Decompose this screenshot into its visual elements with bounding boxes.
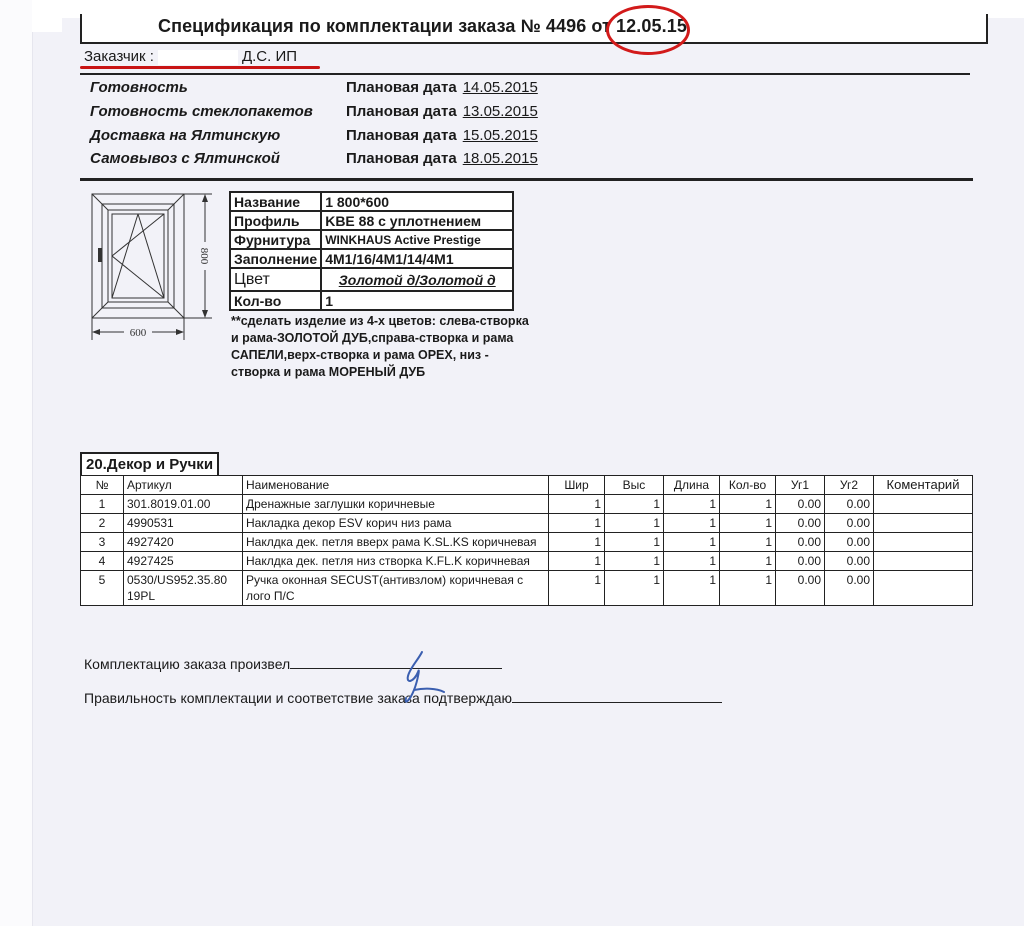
product-spec-table: Название1 800*600 ПрофильKBE 88 с уплотн… <box>229 191 514 311</box>
svg-text:600: 600 <box>130 327 147 339</box>
scan-corner <box>32 0 62 32</box>
schedule-row: Готовность стеклопакетовПлановая дата13.… <box>90 103 538 120</box>
product-note: **сделать изделие из 4-х цветов: слева-с… <box>231 313 531 381</box>
planned-date: 15.05.2015 <box>463 127 538 144</box>
spec-row: Название1 800*600 <box>230 192 513 211</box>
customer-line: Заказчик :Д.С. ИП <box>84 48 297 65</box>
divider <box>80 73 970 75</box>
table-row: 2 4990531 Накладка декор ESV корич низ р… <box>81 514 973 533</box>
customer-underline <box>80 66 320 69</box>
spec-row: ЦветЗолотой д/Золотой д <box>230 268 513 291</box>
svg-text:800: 800 <box>198 248 210 265</box>
planned-date: 14.05.2015 <box>463 79 538 96</box>
customer-name: Д.С. ИП <box>242 48 297 65</box>
planned-date: 18.05.2015 <box>463 150 538 167</box>
items-table: № Артикул Наименование Шир Выс Длина Кол… <box>80 475 973 606</box>
signature-field <box>512 688 722 703</box>
handwritten-signature-icon <box>380 650 460 710</box>
table-header: № Артикул Наименование Шир Выс Длина Кол… <box>81 476 973 495</box>
schedule-row: ГотовностьПлановая дата14.05.2015 <box>90 79 538 96</box>
scan-edge-left <box>0 0 33 926</box>
schedule-row: Доставка на ЯлтинскуюПлановая дата15.05.… <box>90 127 538 144</box>
spec-row: ФурнитураWINKHAUS Active Prestige <box>230 230 513 249</box>
window-drawing-icon: 600 800 <box>88 190 223 350</box>
section-title: 20.Декор и Ручки <box>80 452 219 476</box>
planned-date: 13.05.2015 <box>463 103 538 120</box>
redacted-name <box>158 50 238 65</box>
divider <box>80 178 973 181</box>
table-row: 1 301.8019.01.00 Дренажные заглушки кори… <box>81 495 973 514</box>
table-row: 3 4927420 Наклдка дек. петля вверх рама … <box>81 533 973 552</box>
spec-row: Кол-во1 <box>230 291 513 310</box>
customer-label: Заказчик : <box>84 48 154 65</box>
order-number-highlight <box>606 5 690 55</box>
table-row: 5 0530/US952.35.80 19PL Ручка оконная SE… <box>81 571 973 606</box>
table-row: 4 4927425 Наклдка дек. петля низ створка… <box>81 552 973 571</box>
spec-row: Заполнение4M1/16/4M1/14/4M1 <box>230 249 513 268</box>
spec-row: ПрофильKBE 88 с уплотнением <box>230 211 513 230</box>
schedule-row: Самовывоз с ЯлтинскойПлановая дата18.05.… <box>90 150 538 167</box>
